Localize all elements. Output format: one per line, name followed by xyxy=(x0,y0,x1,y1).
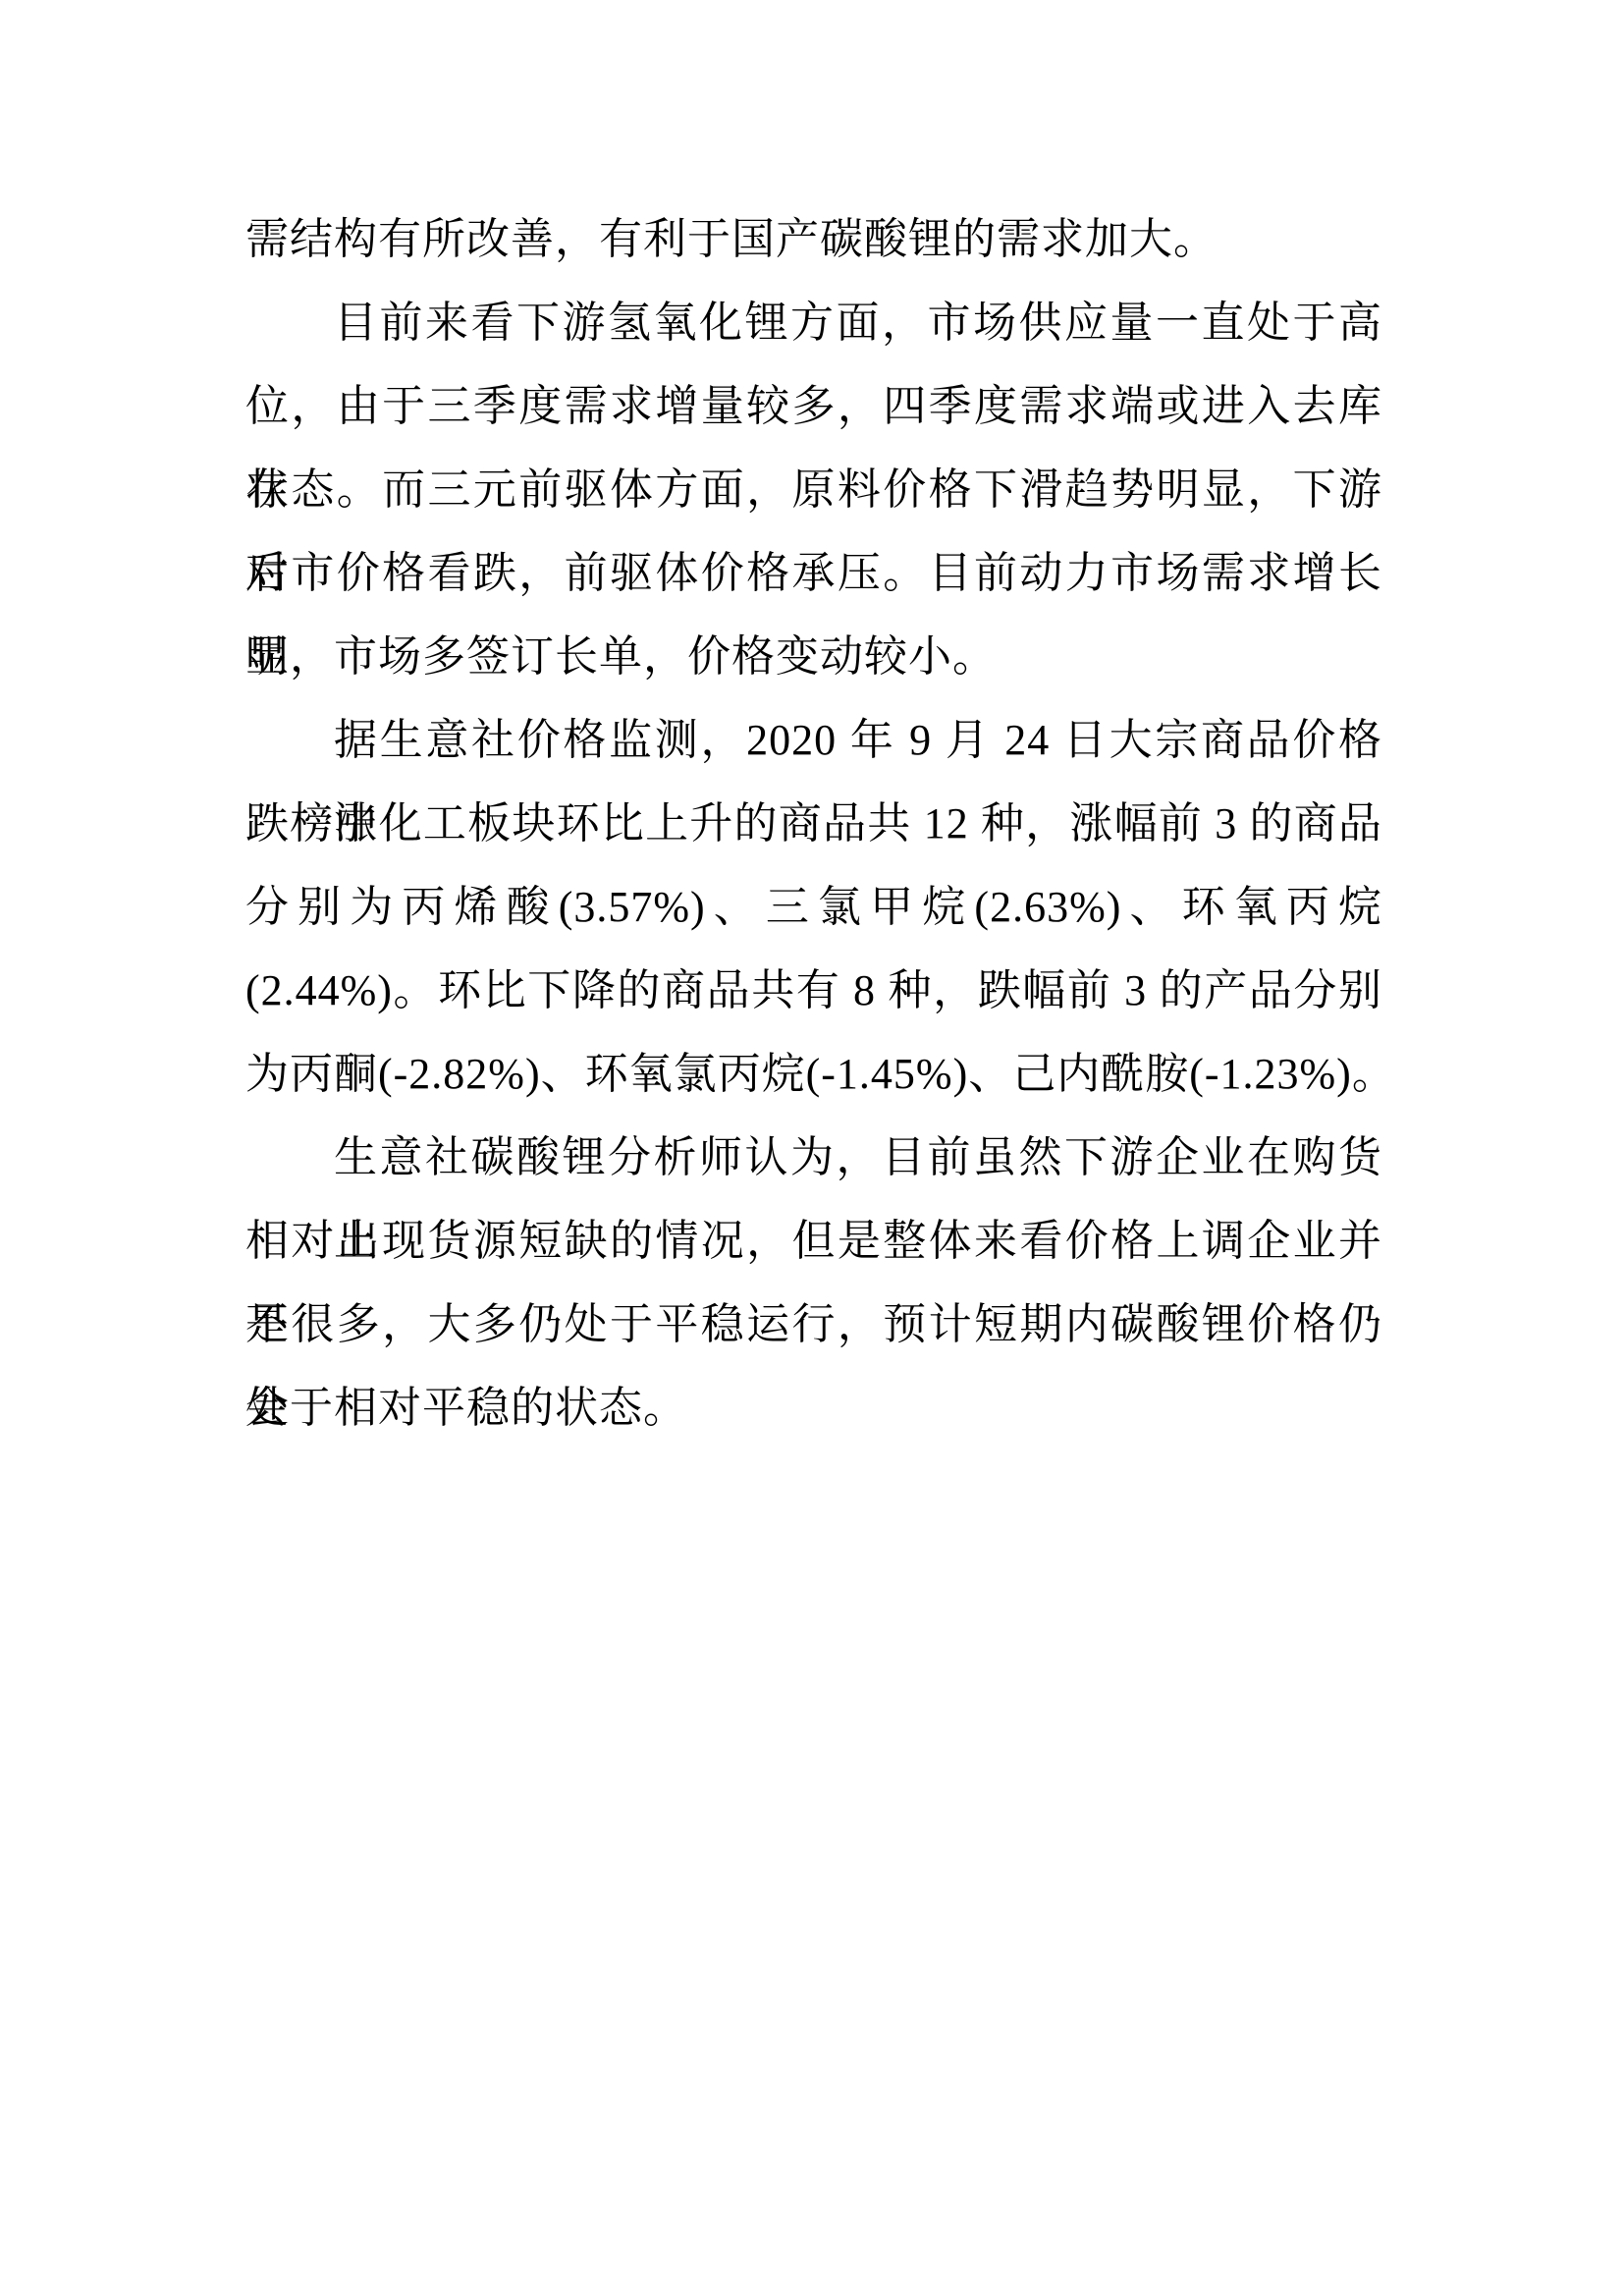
text-line: 分别为丙烯酸(3.57%)、三氯甲烷(2.63%)、环氧丙烷 xyxy=(245,865,1382,949)
text-block: 需结构有所改善，有利于国产碳酸锂的需求加大。 目前来看下游氢氧化锂方面，市场供应… xyxy=(245,197,1382,1449)
paragraph-1: 需结构有所改善，有利于国产碳酸锂的需求加大。 xyxy=(245,197,1382,281)
text-line: 目前来看下游氢氧化锂方面，市场供应量一直处于高 xyxy=(245,281,1382,364)
text-line: 位，由于三季度需求增量较多，四季度需求端或进入去库存 xyxy=(245,364,1382,448)
text-line: 是很多，大多仍处于平稳运行，预计短期内碳酸锂价格仍会 xyxy=(245,1283,1382,1366)
text-line: 后市价格看跌，前驱体价格承压。目前动力市场需求增长明 xyxy=(245,531,1382,615)
text-line: (2.44%)。环比下降的商品共有 8 种，跌幅前 3 的产品分别 xyxy=(245,949,1382,1032)
text-line: 需结构有所改善，有利于国产碳酸锂的需求加大。 xyxy=(245,197,1382,281)
text-line: 相对出现货源短缺的情况，但是整体来看价格上调企业并不 xyxy=(245,1199,1382,1283)
paragraph-3: 据生意社价格监测，2020 年 9 月 24 日大宗商品价格涨 跌榜中化工板块环… xyxy=(245,698,1382,1116)
document-page: 需结构有所改善，有利于国产碳酸锂的需求加大。 目前来看下游氢氧化锂方面，市场供应… xyxy=(0,0,1623,2296)
paragraph-2: 目前来看下游氢氧化锂方面，市场供应量一直处于高 位，由于三季度需求增量较多，四季… xyxy=(245,281,1382,698)
text-line: 据生意社价格监测，2020 年 9 月 24 日大宗商品价格涨 xyxy=(245,698,1382,782)
text-line: 状态。而三元前驱体方面，原料价格下滑趋势明显，下游对 xyxy=(245,448,1382,531)
text-line: 显，市场多签订长单，价格变动较小。 xyxy=(245,615,1382,698)
text-line: 处于相对平稳的状态。 xyxy=(245,1366,1382,1449)
paragraph-4: 生意社碳酸锂分析师认为，目前虽然下游企业在购货上 相对出现货源短缺的情况，但是整… xyxy=(245,1116,1382,1449)
text-line: 为丙酮(-2.82%)、环氧氯丙烷(-1.45%)、己内酰胺(-1.23%)。 xyxy=(245,1032,1382,1116)
text-line: 生意社碳酸锂分析师认为，目前虽然下游企业在购货上 xyxy=(245,1116,1382,1199)
text-line: 跌榜中化工板块环比上升的商品共 12 种，涨幅前 3 的商品 xyxy=(245,782,1382,865)
